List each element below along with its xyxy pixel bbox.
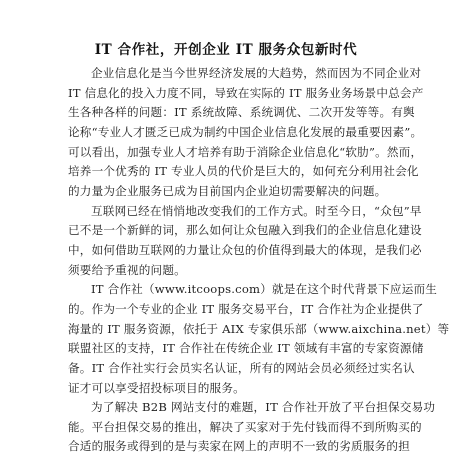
paragraph-line: 培养一个优秀的 IT 专业人员的代价是巨大的，如何充分利用社会化 — [68, 162, 386, 182]
paragraph-line: IT 合作社（www.itcoops.com）就是在这个时代背景下应运而生 — [68, 280, 386, 300]
paragraph-3: IT 合作社（www.itcoops.com）就是在这个时代背景下应运而生 的。… — [68, 280, 386, 398]
paragraph-line: 备。IT 合作社实行会员实名认证，所有的网站会员必须经过实名认 — [68, 359, 386, 379]
document-page: IT 合作社，开创企业 IT 服务众包新时代 企业信息化是当今世界经济发展的大趋… — [0, 0, 452, 452]
paragraph-line: 企业信息化是当今世界经济发展的大趋势，然而因为不同企业对 — [68, 64, 386, 84]
paragraph-line: 须要给予重视的问题。 — [68, 261, 386, 281]
paragraph-line: 已不是一个新鲜的词，那么如何让众包融入到我们的企业信息化建设 — [68, 221, 386, 241]
paragraph-line: 海量的 IT 服务资源，依托于 AIX 专家俱乐部（www.aixchina.n… — [68, 320, 386, 340]
paragraph-line: IT 信息化的投入力度不同，导致在实际的 IT 服务业务场景中总会产 — [68, 84, 386, 104]
paragraph-line: 合适的服务或得到的是与卖家在网上的声明不一致的劣质服务的担 — [68, 437, 386, 452]
paragraph-2: 互联网已经在悄悄地改变我们的工作方式。时至今日，“众包”早 已不是一个新鲜的词，… — [68, 202, 386, 281]
paragraph-line: 为了解决 B2B 网站支付的难题，IT 合作社开放了平台担保交易功 — [68, 398, 386, 418]
paragraph-1: 企业信息化是当今世界经济发展的大趋势，然而因为不同企业对 IT 信息化的投入力度… — [68, 64, 386, 202]
paragraph-line: 互联网已经在悄悄地改变我们的工作方式。时至今日，“众包”早 — [68, 202, 386, 222]
paragraph-line: 中，如何借助互联网的力量让众包的价值得到最大的体现，是我们必 — [68, 241, 386, 261]
paragraph-line: 联盟社区的支持，IT 合作社在传统企业 IT 领域有丰富的专家资源储 — [68, 339, 386, 359]
paragraph-line: 可以看出，加强专业人才培养有助于消除企业信息化“软肋”。然而， — [68, 143, 386, 163]
document-body: 企业信息化是当今世界经济发展的大趋势，然而因为不同企业对 IT 信息化的投入力度… — [68, 64, 386, 452]
paragraph-line: 的力量为企业服务已成为目前国内企业迫切需要解决的问题。 — [68, 182, 386, 202]
paragraph-line: 生各种各样的问题：IT 系统故障、系统调优、二次开发等等。有舆 — [68, 103, 386, 123]
paragraph-line: 能。平台担保交易的推出，解决了买家对于先付钱而得不到所购买的 — [68, 418, 386, 438]
paragraph-line: 证才可以享受招投标项目的服务。 — [68, 379, 386, 399]
paragraph-line: 论称“专业人才匮乏已成为制约中国企业信息化发展的最重要因素”。 — [68, 123, 386, 143]
paragraph-line: 的。作为一个专业的企业 IT 服务交易平台，IT 合作社为企业提供了 — [68, 300, 386, 320]
document-title: IT 合作社，开创企业 IT 服务众包新时代 — [0, 38, 452, 58]
paragraph-4: 为了解决 B2B 网站支付的难题，IT 合作社开放了平台担保交易功 能。平台担保… — [68, 398, 386, 452]
